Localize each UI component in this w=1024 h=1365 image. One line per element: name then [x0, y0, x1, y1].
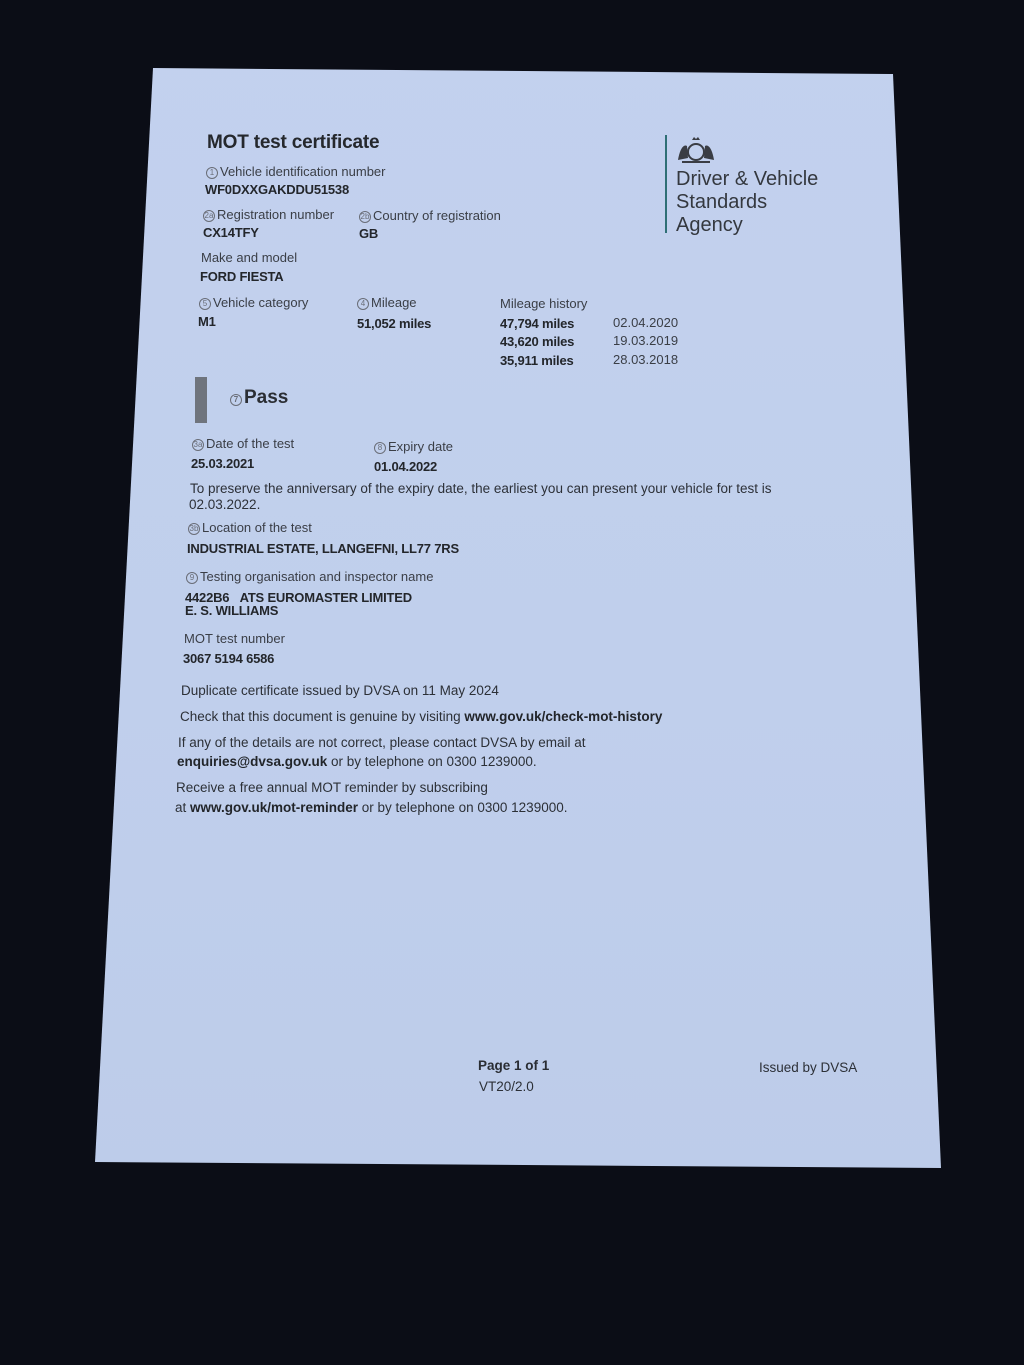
reminder-note: Receive a free annual MOT reminder by su…: [176, 780, 488, 795]
test-result: 7Pass: [230, 387, 288, 409]
testing-org-label: 9Testing organisation and inspector name: [186, 569, 433, 584]
agency-logo-divider: [665, 135, 667, 233]
mileage-value: 51,052 miles: [357, 316, 431, 331]
test-number-value: 3067 5194 6586: [183, 651, 274, 666]
country-label: 2bCountry of registration: [359, 208, 501, 223]
anniversary-note: To preserve the anniversary of the expir…: [190, 481, 772, 496]
agency-name-line2: Standards: [676, 191, 767, 214]
make-model-value: FORD FIESTA: [200, 269, 284, 284]
test-number-label: MOT test number: [184, 631, 285, 646]
vehicle-category-value: M1: [198, 314, 216, 329]
test-date-label: 3aDate of the test: [192, 436, 294, 451]
mileage-history-date: 28.03.2018: [613, 352, 678, 367]
location-value: INDUSTRIAL ESTATE, LLANGEFNI, LL77 7RS: [187, 541, 459, 556]
inspector-name: E. S. WILLIAMS: [185, 603, 278, 618]
mot-reminder-link[interactable]: www.gov.uk/mot-reminder: [190, 800, 358, 815]
expiry-date-label: 8Expiry date: [374, 439, 453, 454]
agency-name-line1: Driver & Vehicle: [676, 168, 818, 191]
make-model-label: Make and model: [201, 250, 297, 265]
check-mot-history-link[interactable]: www.gov.uk/check-mot-history: [464, 709, 662, 724]
mileage-history-miles: 43,620 miles: [500, 334, 574, 349]
royal-coat-of-arms-icon: [674, 134, 718, 166]
result-indicator-bar: [195, 377, 207, 423]
vin-label: 1Vehicle identification number: [206, 164, 386, 179]
mileage-history-miles: 35,911 miles: [500, 353, 574, 368]
duplicate-note: Duplicate certificate issued by DVSA on …: [181, 683, 499, 698]
vin-value: WF0DXXGAKDDU51538: [205, 182, 349, 197]
earliest-test-date: 02.03.2022.: [189, 497, 260, 512]
issued-by: Issued by DVSA: [759, 1060, 857, 1075]
agency-name-line3: Agency: [676, 214, 743, 237]
contact-note: If any of the details are not correct, p…: [178, 735, 585, 750]
mileage-history-miles: 47,794 miles: [500, 316, 574, 331]
expiry-date-value: 01.04.2022: [374, 459, 437, 474]
check-genuine-note: Check that this document is genuine by v…: [180, 709, 662, 724]
mileage-history-date: 02.04.2020: [613, 315, 678, 330]
mileage-history-date: 19.03.2019: [613, 333, 678, 348]
page-number: Page 1 of 1: [478, 1058, 549, 1073]
contact-details: enquiries@dvsa.gov.uk or by telephone on…: [177, 754, 537, 769]
mileage-label: 4Mileage: [357, 295, 417, 310]
mileage-history-label: Mileage history: [500, 296, 587, 311]
country-value: GB: [359, 226, 378, 241]
registration-value: CX14TFY: [203, 225, 259, 240]
location-label: 3bLocation of the test: [188, 520, 312, 535]
test-date-value: 25.03.2021: [191, 456, 254, 471]
reminder-details: at www.gov.uk/mot-reminder or by telepho…: [175, 800, 567, 815]
mot-certificate-paper: MOT test certificate Driver & Vehicle St…: [0, 0, 1024, 1365]
vehicle-category-label: 5Vehicle category: [199, 295, 308, 310]
registration-label: 2aRegistration number: [203, 207, 334, 222]
form-code: VT20/2.0: [479, 1079, 534, 1094]
certificate-title: MOT test certificate: [207, 132, 379, 154]
contact-email-link[interactable]: enquiries@dvsa.gov.uk: [177, 754, 327, 769]
